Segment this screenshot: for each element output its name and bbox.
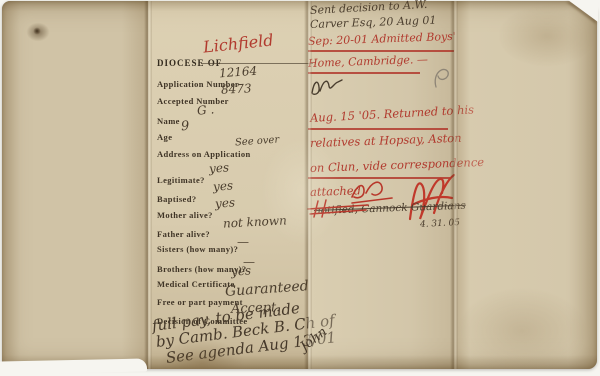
field-value-handwritten: yes xyxy=(231,263,252,278)
dog-ear-corner xyxy=(568,0,598,22)
torn-bottom-edge xyxy=(0,358,147,374)
field-label: Legitimate? xyxy=(157,175,205,185)
field-value-handwritten: G . xyxy=(196,102,214,117)
right-blank-page xyxy=(454,1,597,369)
form-field-row: Accepted Number 8473 xyxy=(157,89,307,108)
field-value-handwritten: See over xyxy=(235,134,280,148)
diocese-value-handwritten: Lichfield xyxy=(202,30,274,56)
field-label: Age xyxy=(157,132,172,142)
note-line-red: Aug. 15 '05. Returned to his xyxy=(310,102,475,125)
left-blank-page xyxy=(2,1,148,369)
diocese-underline xyxy=(201,63,313,64)
field-value-handwritten: yes xyxy=(213,178,234,193)
red-underline xyxy=(308,128,448,130)
note-line-red: Home, Cambridge. — xyxy=(308,53,428,70)
red-underline xyxy=(308,50,454,52)
field-value-handwritten: 8473 xyxy=(221,81,252,97)
field-label: Mother alive? xyxy=(157,210,213,220)
field-value-handwritten: yes xyxy=(215,195,236,210)
field-value-handwritten: — xyxy=(237,235,249,249)
field-value-handwritten: yes xyxy=(209,160,230,175)
red-strike-marks-icon xyxy=(308,199,372,219)
notes-page: Sent decision to A.W. Carver Esq, 20 Aug… xyxy=(308,1,454,369)
form-field-row: Sisters (how many)? — xyxy=(157,237,307,256)
application-form-page: DIOCESE OF Lichfield Application Number … xyxy=(148,1,308,369)
note-line: Carver Esq, 20 Aug 01 xyxy=(310,14,437,31)
field-label: Accepted Number xyxy=(157,96,229,106)
pencil-mark-icon xyxy=(430,63,452,91)
field-label: Sisters (how many)? xyxy=(157,244,238,254)
field-value-handwritten: not known xyxy=(223,213,287,230)
field-label: Medical Certificate xyxy=(157,279,235,289)
field-value-handwritten: 12164 xyxy=(219,64,258,81)
black-initials-monogram-icon xyxy=(310,77,344,99)
note-line-red: relatives at Hopsay, Aston xyxy=(310,131,462,150)
document-paper: DIOCESE OF Lichfield Application Number … xyxy=(2,1,597,369)
red-underline xyxy=(308,72,420,74)
field-value-handwritten: 9 xyxy=(180,119,190,135)
scanned-document: DIOCESE OF Lichfield Application Number … xyxy=(0,0,600,376)
note-line-red: Sep: 20-01 Admitted Boys' xyxy=(308,30,456,48)
form-field-row: Address on Application See over xyxy=(157,142,307,161)
field-label: Address on Application xyxy=(157,149,251,159)
